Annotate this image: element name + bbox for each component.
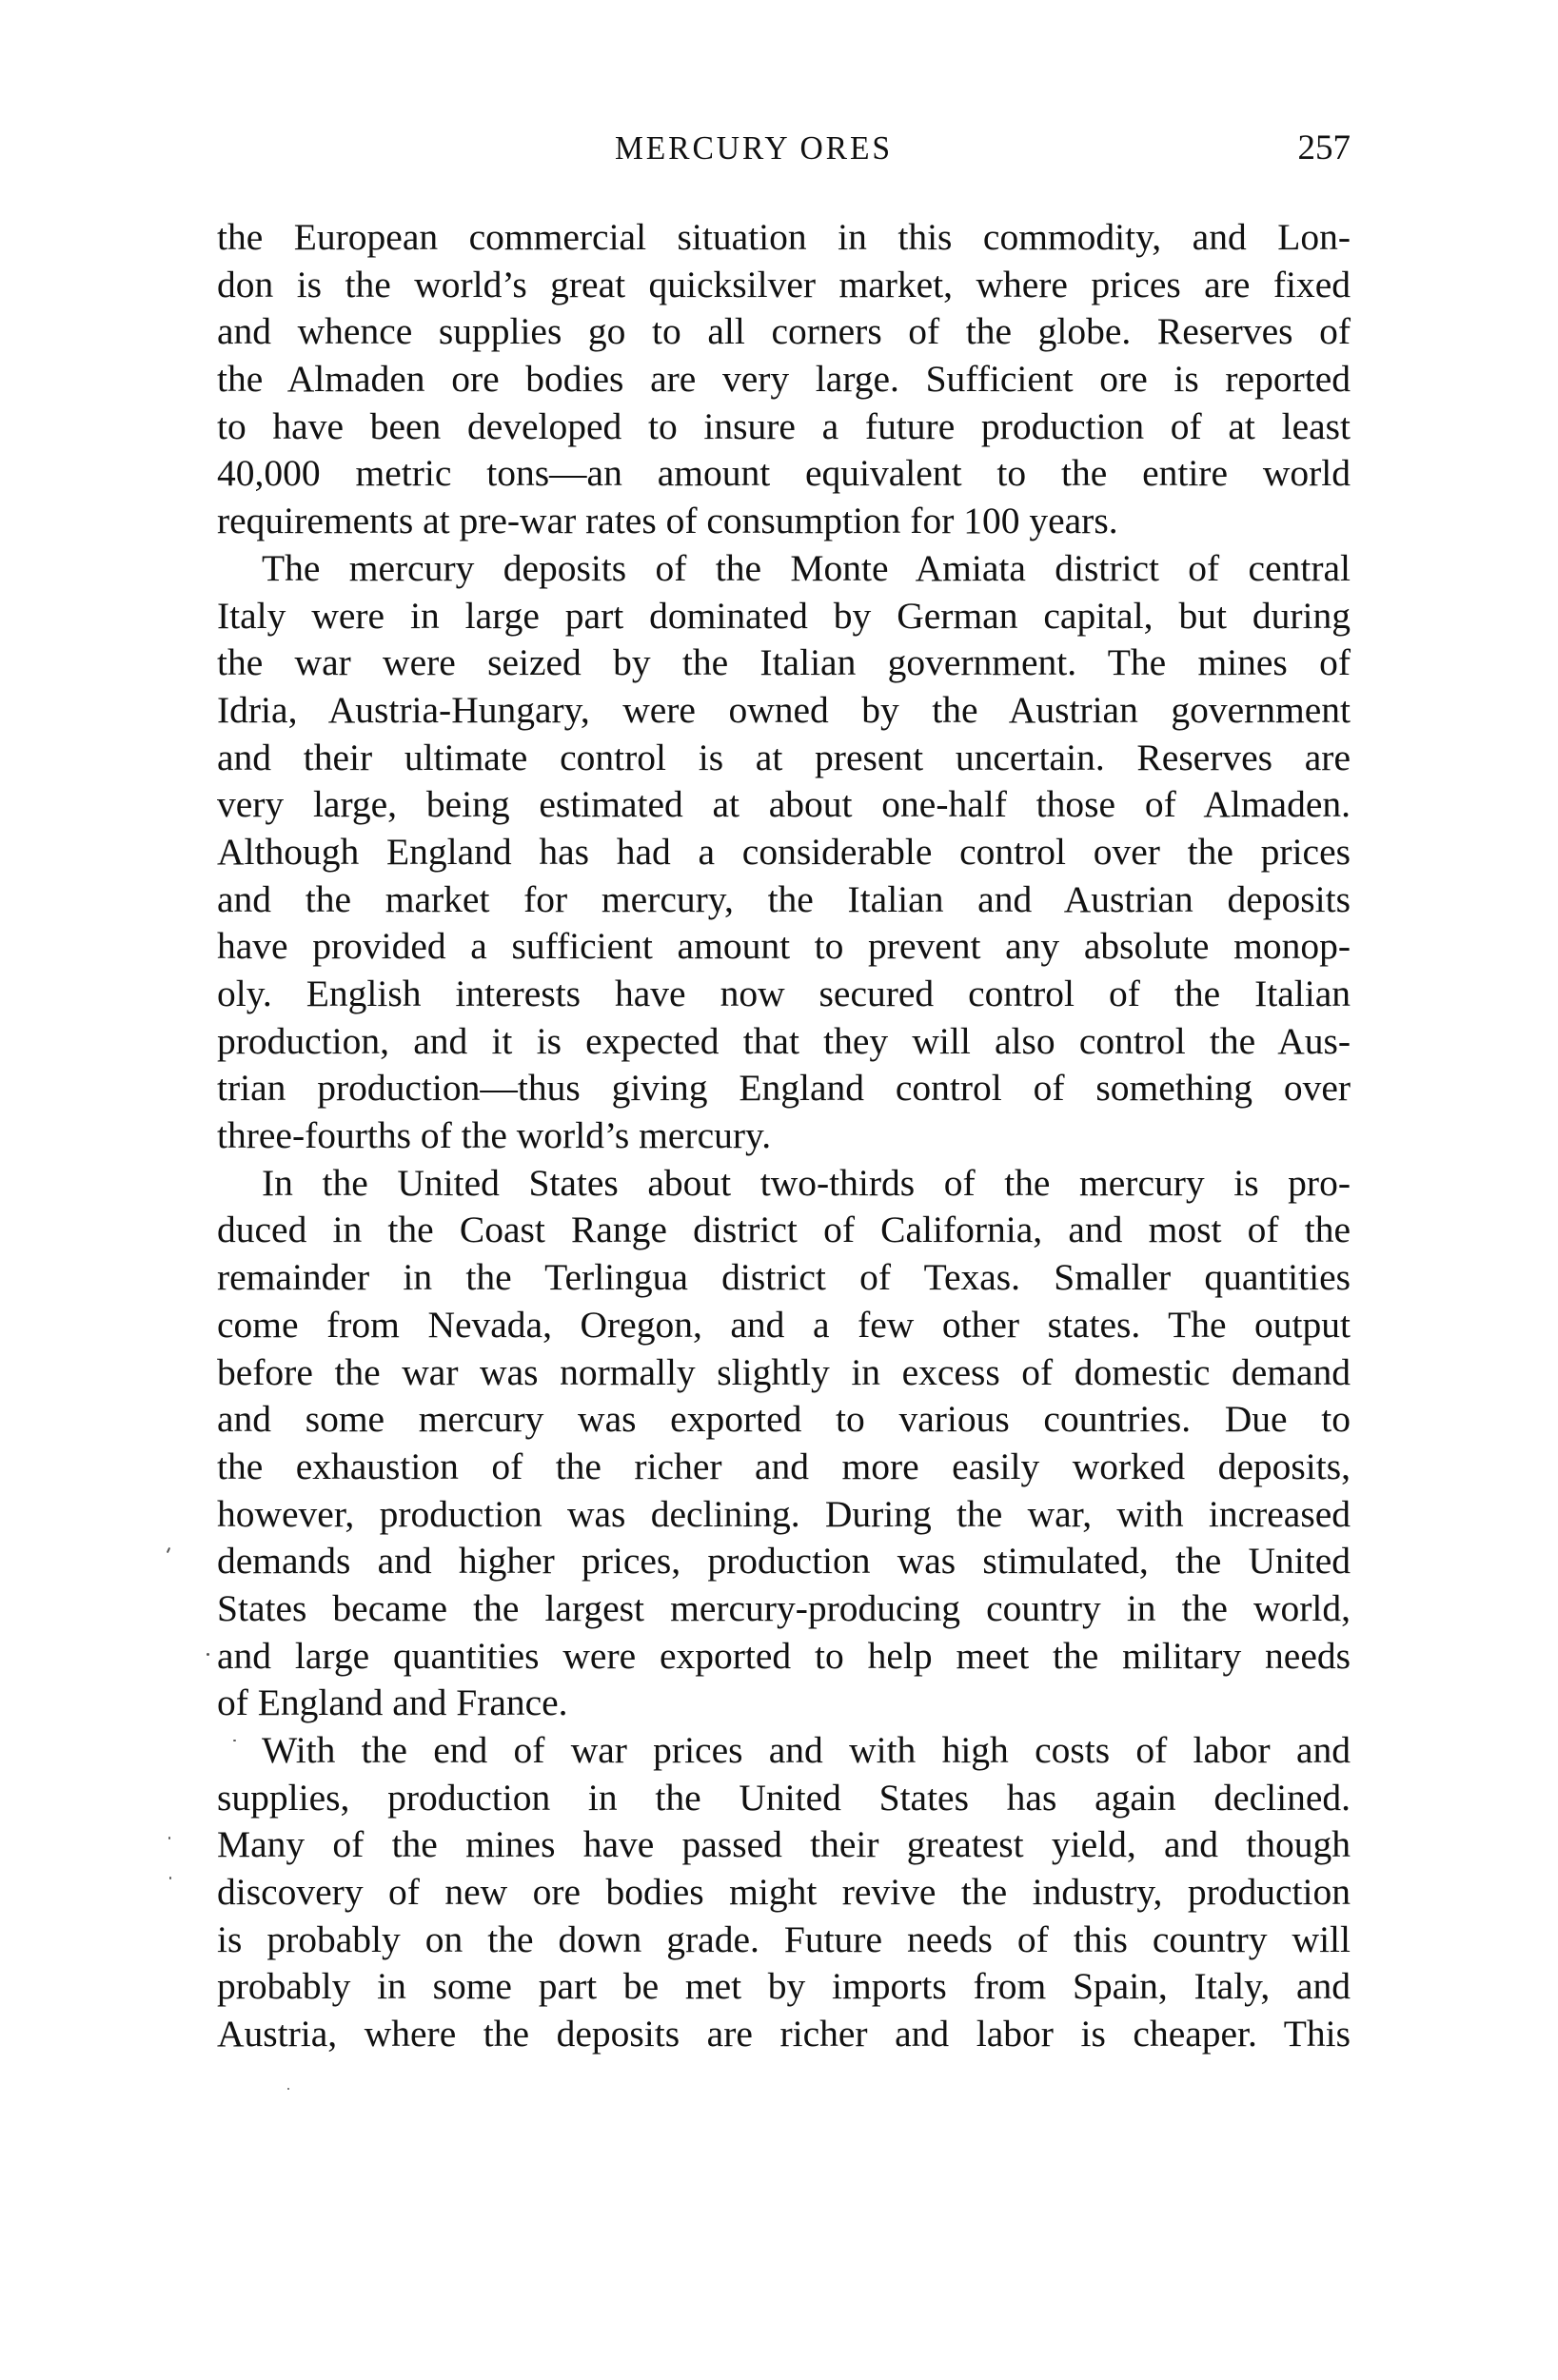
text-line: probably in some part be met by imports … (217, 1963, 1351, 2011)
text-line: before the war was normally slightly in … (217, 1349, 1351, 1397)
scan-speck (207, 1653, 209, 1656)
body-text: the European commercial situation in thi… (217, 214, 1351, 2058)
scan-speck (168, 1837, 170, 1839)
text-line: and some mercury was exported to various… (217, 1396, 1351, 1444)
paragraph-4-post-war: With the end of war prices and with high… (217, 1727, 1351, 2058)
text-line: demands and higher prices, production wa… (217, 1538, 1351, 1585)
text-line: three-fourths of the world’s mercury. (217, 1112, 1351, 1160)
text-line: very large, being estimated at about one… (217, 781, 1351, 829)
text-line: the Almaden ore bodies are very large. S… (217, 356, 1351, 403)
text-line: Italy were in large part dominated by Ge… (217, 593, 1351, 640)
text-line: come from Nevada, Oregon, and a few othe… (217, 1302, 1351, 1349)
text-line: of England and France. (217, 1680, 1351, 1727)
text-line: requirements at pre-war rates of consump… (217, 498, 1351, 545)
text-line: discovery of new ore bodies might revive… (217, 1869, 1351, 1917)
text-line: the war were seized by the Italian gover… (217, 639, 1351, 687)
text-line: With the end of war prices and with high… (217, 1727, 1351, 1775)
text-line: have provided a sufficient amount to pre… (217, 923, 1351, 971)
scan-speck (169, 1877, 171, 1879)
text-line: however, production was declining. Durin… (217, 1491, 1351, 1539)
text-line: Many of the mines have passed their grea… (217, 1821, 1351, 1869)
text-line: 40,000 metric tons—an amount equivalent … (217, 450, 1351, 498)
scan-speck (233, 1740, 236, 1741)
text-line: to have been developed to insure a futur… (217, 403, 1351, 451)
text-line: production, and it is expected that they… (217, 1018, 1351, 1066)
scan-speck (167, 1547, 170, 1553)
text-line: Although England has had a considerable … (217, 829, 1351, 876)
text-line: the exhaustion of the richer and more ea… (217, 1444, 1351, 1491)
page-number: 257 (1298, 128, 1351, 169)
text-line: trian production—thus giving England con… (217, 1065, 1351, 1112)
text-line: The mercury deposits of the Monte Amiata… (217, 545, 1351, 593)
text-line: supplies, production in the United State… (217, 1775, 1351, 1822)
text-line: and whence supplies go to all corners of… (217, 308, 1351, 356)
book-page: MERCURY ORES 257 the European commercial… (0, 0, 1558, 2380)
running-title: MERCURY ORES (615, 128, 893, 169)
paragraph-3-united-states: In the United States about two-thirds of… (217, 1160, 1351, 1727)
paragraph-2-italy-austria: The mercury deposits of the Monte Amiata… (217, 545, 1351, 1160)
scan-speck (287, 2088, 289, 2090)
text-line: the European commercial situation in thi… (217, 214, 1351, 262)
running-header: MERCURY ORES 257 (217, 128, 1351, 169)
text-line: In the United States about two-thirds of… (217, 1160, 1351, 1208)
text-line: and their ultimate control is at present… (217, 735, 1351, 782)
text-line: and the market for mercury, the Italian … (217, 876, 1351, 924)
text-line: is probably on the down grade. Future ne… (217, 1917, 1351, 1964)
text-line: duced in the Coast Range district of Cal… (217, 1207, 1351, 1254)
paragraph-1-continued: the European commercial situation in thi… (217, 214, 1351, 545)
text-line: Idria, Austria-Hungary, were owned by th… (217, 687, 1351, 735)
text-line: and large quantities were exported to he… (217, 1633, 1351, 1681)
text-line: remainder in the Terlingua district of T… (217, 1254, 1351, 1302)
text-line: States became the largest mercury-produc… (217, 1585, 1351, 1633)
text-line: don is the world’s great quicksilver mar… (217, 262, 1351, 309)
text-line: Austria, where the deposits are richer a… (217, 2011, 1351, 2058)
text-line: oly. English interests have now secured … (217, 971, 1351, 1018)
